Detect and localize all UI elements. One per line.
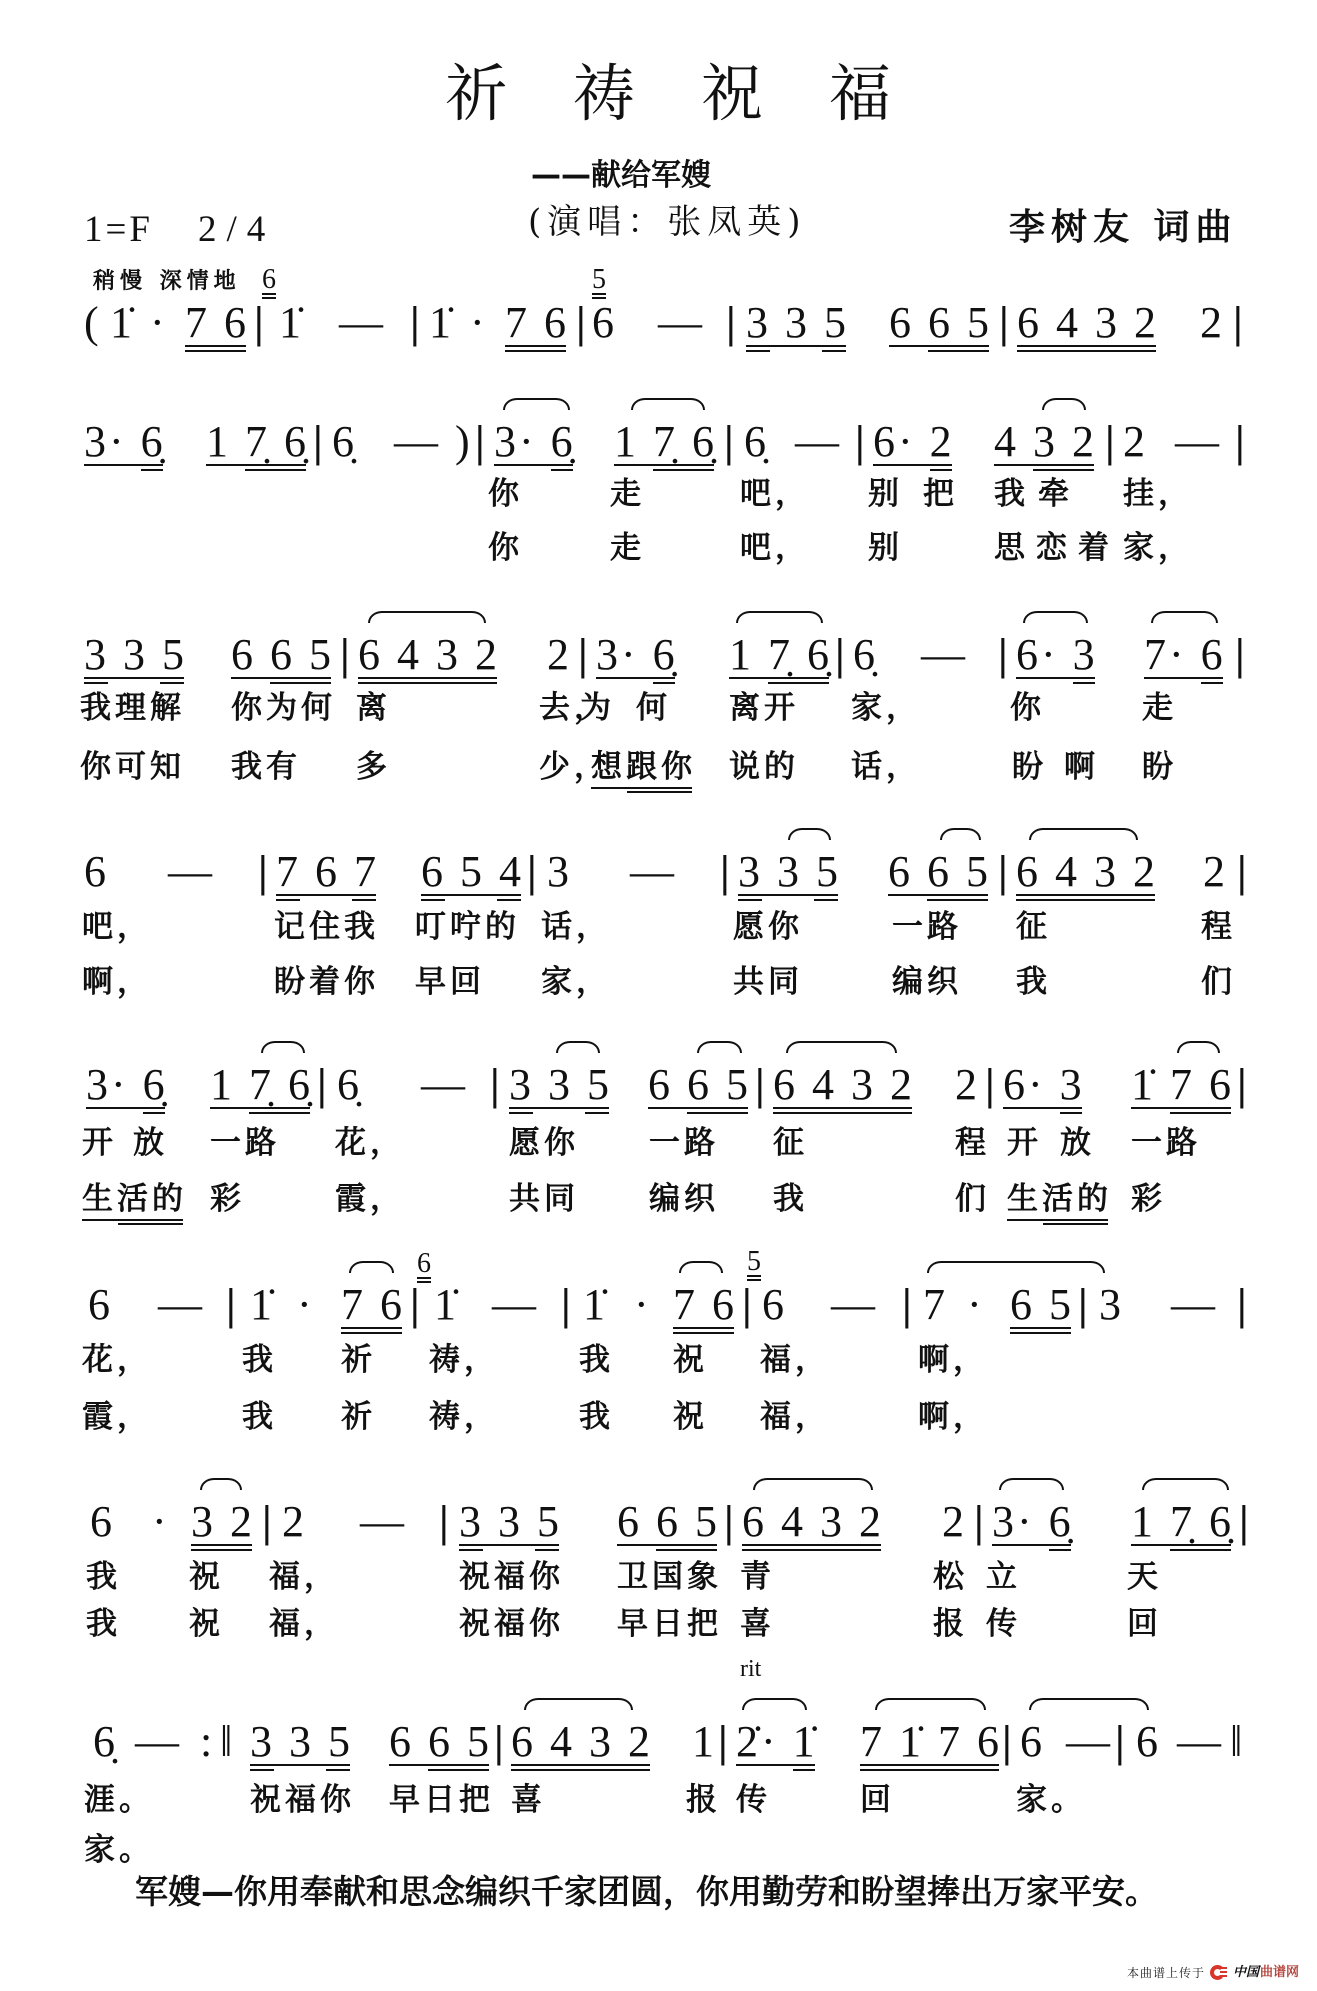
barline: |: [724, 420, 734, 464]
lyric-syllable: 啊，: [918, 1402, 988, 1433]
lyric-syllable: 祝: [673, 1402, 708, 1433]
lyric-syllable: 盼: [1012, 752, 1047, 783]
lyric-syllable: 吧，: [740, 533, 810, 564]
note: 2: [942, 1500, 967, 1544]
lyric-syllable: 我有: [231, 752, 301, 783]
lyric-syllable: 离: [356, 693, 391, 724]
lyric-syllable: 早回: [415, 967, 485, 998]
ritardando-marking: rit: [740, 1657, 761, 1681]
note: 6̣: [337, 1063, 362, 1107]
slur: [940, 828, 981, 840]
barline: |: [742, 1283, 752, 1327]
barline: |: [226, 1283, 236, 1327]
lyric-syllable: 们: [955, 1184, 990, 1215]
lyric-syllable: 编织: [892, 967, 962, 998]
barline: |: [720, 850, 730, 894]
barline: |: [410, 1283, 420, 1327]
score-row: 3· 6̣ 1 7̣ 6̣ | 6̣ — | 3 3 5 6 6 5 | 6 4…: [0, 1063, 1317, 1107]
grace-note: 6: [262, 266, 276, 294]
barline: |: [1239, 1500, 1249, 1544]
barline: |: [1105, 420, 1115, 464]
note-group: 3 3 5: [509, 1063, 612, 1107]
lyric-syllable: 祷，: [429, 1345, 499, 1376]
slur: [368, 611, 486, 623]
lyric-syllable: 为: [580, 693, 615, 724]
lyric-syllable: 花，: [335, 1128, 405, 1159]
score-row: 6 — | 1̇ · 7 6 | 1̇ — | 1̇ · 7 6 | 6 — |…: [0, 1283, 1317, 1327]
site-logo-lines-icon: [1220, 1967, 1227, 1978]
lyric-syllable: 开: [1007, 1128, 1042, 1159]
slur: [1142, 1478, 1229, 1490]
extension-dash: —: [1171, 1283, 1218, 1327]
lyric-syllable: 早日把: [389, 1785, 494, 1816]
extension-dash: —: [339, 301, 386, 345]
note-group: 6 6 5: [888, 850, 991, 894]
lyric-syllable: 祝福你: [250, 1785, 355, 1816]
lyric-syllable: 愿你: [509, 1128, 579, 1159]
note: 6: [592, 301, 617, 345]
note-group: 6· 2: [873, 420, 955, 464]
note: 6: [84, 850, 109, 894]
note-group: 6· 3: [1003, 1063, 1085, 1107]
lyric-syllable: 你: [488, 533, 523, 564]
extension-dash: —: [394, 420, 441, 464]
lyric-syllable: 多: [356, 752, 391, 783]
barline: |: [985, 1063, 995, 1107]
lyric-syllable: 别: [868, 533, 903, 564]
lyric-syllable: 我: [1016, 967, 1051, 998]
watermark-brand-black: 中国: [1233, 1966, 1259, 1980]
barline: |: [974, 1500, 984, 1544]
barline: |: [999, 301, 1009, 345]
barline: |: [1235, 633, 1245, 677]
lyric-syllable: 愿你: [733, 912, 803, 943]
slur: [503, 398, 570, 410]
note: 6: [1136, 1720, 1161, 1764]
barline: |: [340, 633, 350, 677]
lyric-syllable: 盼着你: [274, 967, 379, 998]
slur: [697, 1041, 742, 1053]
lyric-syllable: 放: [133, 1128, 168, 1159]
song-title: 祈祷祝福: [445, 63, 957, 125]
score-row: 6 · 3 2 | 2 — | 3 3 5 6 6 5 | 6 4 3 2 2 …: [0, 1500, 1317, 1544]
barline: |: [1233, 301, 1243, 345]
lyric-syllable: 我: [579, 1402, 614, 1433]
slur: [261, 1041, 305, 1053]
barline: |: [1237, 1283, 1247, 1327]
lyric-syllable: 祷，: [429, 1402, 499, 1433]
note-group: 6 5 4: [421, 850, 524, 894]
note-group: 6 4 3 2: [1016, 850, 1158, 894]
note: 6̣: [853, 633, 878, 677]
lyric-syllable: 家，: [851, 693, 921, 724]
lyric-syllable-melisma: 生活的: [82, 1184, 187, 1215]
extension-dash: —: [135, 1720, 182, 1764]
note-group: 6 6 5: [231, 633, 334, 677]
lyric-syllable: 福，: [269, 1562, 339, 1593]
score-row: 3 3 5 6 6 5 | 6 4 3 2 2 | 3· 6̣ 1 7̣ 6̣ …: [0, 633, 1317, 677]
note-group: 7· 6: [1144, 633, 1226, 677]
lyric-syllable: 青: [740, 1562, 775, 1593]
barline: |: [494, 1720, 504, 1764]
lyric-syllable: 家。: [1016, 1785, 1086, 1816]
lyric-syllable: 把: [923, 479, 958, 510]
final-barline: ‖: [1230, 1720, 1245, 1764]
lyric-syllable: 征: [1016, 912, 1051, 943]
performer-credit: (演唱：张凤英): [528, 205, 807, 239]
barline: |: [1237, 850, 1247, 894]
note-group: 6 4 3 2: [511, 1720, 653, 1764]
barline: |: [726, 301, 736, 345]
augmentation-dot: ·: [150, 301, 168, 345]
note-group: 6· 3: [1016, 633, 1098, 677]
lyric-syllable: 我: [86, 1562, 121, 1593]
lyric-syllable: 说的: [729, 752, 799, 783]
note-group: 3 3 5: [459, 1500, 562, 1544]
extension-dash: —: [630, 850, 677, 894]
note: 1̇: [110, 301, 135, 345]
extension-dash: —: [658, 301, 705, 345]
lyric-syllable: 吧，: [740, 479, 810, 510]
note-group: 1 7̣ 6̣: [206, 420, 309, 464]
note-group: 6 4 3 2: [742, 1500, 884, 1544]
note: 2: [282, 1500, 307, 1544]
lyric-syllable: 记住我: [274, 912, 379, 943]
note-group: 3 3 5: [746, 301, 849, 345]
note: 6: [88, 1283, 113, 1327]
slur: [1042, 398, 1086, 410]
dedication-subtitle: ——献给军嫂: [531, 161, 711, 191]
augmentation-dot: ·: [967, 1283, 985, 1327]
barline: |: [755, 1063, 765, 1107]
lyric-syllable: 我牵: [994, 479, 1082, 510]
extension-dash: —: [492, 1283, 539, 1327]
slur: [1151, 611, 1218, 623]
slur: [524, 1698, 633, 1710]
lyric-syllable: 走: [1142, 693, 1177, 724]
lyric-syllable: 啊，: [918, 1345, 988, 1376]
lyric-syllable: 报: [686, 1785, 721, 1816]
repeat-barline: ‖: [220, 1720, 235, 1764]
lyric-syllable: 共同: [733, 967, 803, 998]
lyric-syllable: 走: [610, 533, 645, 564]
dedication-text: 军嫂—你用奉献和思念编织千家团圆，你用勤劳和盼望捧出万家平安。: [135, 1875, 1158, 1908]
slur: [679, 1261, 723, 1273]
lyric-syllable: 回: [1127, 1609, 1162, 1640]
extension-dash: —: [1175, 420, 1222, 464]
note: 6̣: [744, 420, 769, 464]
slur: [753, 1478, 873, 1490]
note-group: 6 4 3 2: [773, 1063, 915, 1107]
augmentation-dot: ·: [297, 1283, 315, 1327]
barline: |: [902, 1283, 912, 1327]
extension-dash: —: [921, 633, 968, 677]
lyric-syllable: 我: [773, 1184, 808, 1215]
note: 1̇: [279, 301, 304, 345]
barline: |: [998, 850, 1008, 894]
note-group: 3· 6̣: [596, 633, 678, 677]
lyric-syllable: 我理解: [80, 693, 185, 724]
note-group: 2̇· 1̇: [736, 1720, 818, 1764]
watermark-brand-red: 曲谱网: [1260, 1966, 1299, 1980]
lyric-syllable: 你可知: [80, 752, 185, 783]
barline: |: [718, 1720, 728, 1764]
key-signature: 1=F: [84, 211, 153, 248]
barline: |: [262, 1500, 272, 1544]
note-group: 6 6 5: [389, 1720, 492, 1764]
lyric-syllable: 啊: [1064, 752, 1099, 783]
barline: |: [835, 633, 845, 677]
lyric-syllable: 卫国象: [617, 1562, 722, 1593]
lyric-syllable: 立: [986, 1562, 1021, 1593]
lyric-syllable: 一路: [210, 1128, 280, 1159]
note: 6̣: [93, 1720, 118, 1764]
lyric-syllable: 福，: [760, 1402, 830, 1433]
slur: [736, 611, 823, 623]
lyric-syllable-melisma: 生活的: [1007, 1184, 1112, 1215]
lyric-syllable: 吧，: [82, 912, 152, 943]
lyric-syllable: 彩: [1131, 1184, 1166, 1215]
lyric-syllable: 话，: [541, 912, 611, 943]
extension-dash: —: [1066, 1720, 1113, 1764]
barline: |: [258, 850, 268, 894]
note-group: 6 4 3 2: [1017, 301, 1159, 345]
note: 1̇: [434, 1283, 459, 1327]
barline: |: [998, 633, 1008, 677]
note-group: 7 6: [185, 301, 249, 345]
barline: |: [561, 1283, 571, 1327]
lyric-syllable: 开: [82, 1128, 117, 1159]
note-group: 6 5: [1010, 1283, 1074, 1327]
augmentation-dot: ·: [634, 1283, 652, 1327]
lyric-syllable-melisma: 想跟你: [591, 752, 696, 783]
note: 6: [762, 1283, 787, 1327]
note: 2: [1200, 301, 1225, 345]
barline: |: [855, 420, 865, 464]
lyric-syllable: 程: [955, 1128, 990, 1159]
note-group: 7 6 7: [276, 850, 379, 894]
note: 2: [547, 633, 572, 677]
note-group: 7 1̇ 7 6: [860, 1720, 1002, 1764]
barline: |: [724, 1500, 734, 1544]
time-signature: 2/4: [198, 211, 275, 248]
lyric-syllable: 一路: [649, 1128, 719, 1159]
note-group: 1 7̣ 6̣: [210, 1063, 313, 1107]
lyric-syllable: 祝: [673, 1345, 708, 1376]
lyric-syllable: 征: [773, 1128, 808, 1159]
note-group: 3 3 5: [738, 850, 841, 894]
parenthesis-open: (: [84, 301, 102, 345]
augmentation-dot: ·: [470, 301, 488, 345]
barline: |: [527, 850, 537, 894]
augmentation-dot: ·: [152, 1500, 170, 1544]
slur: [927, 1261, 1105, 1273]
extension-dash: —: [158, 1283, 205, 1327]
lyric-syllable: 祝: [189, 1609, 224, 1640]
note: 1̇: [250, 1283, 275, 1327]
note-group: 7 6: [341, 1283, 405, 1327]
note-group: 3 3 5: [84, 633, 187, 677]
lyric-syllable: 报: [933, 1609, 968, 1640]
note-group: 7 6: [673, 1283, 737, 1327]
note: 3: [1099, 1283, 1124, 1327]
lyric-syllable: 喜: [511, 1785, 546, 1816]
note-group: 6 6 5: [617, 1500, 720, 1544]
note-group: 7 6: [505, 301, 569, 345]
lyric-syllable: 家。: [84, 1835, 154, 1866]
slur: [788, 828, 831, 840]
extension-dash: —: [795, 420, 842, 464]
lyric-syllable: 何: [636, 693, 671, 724]
barline: |: [439, 1500, 449, 1544]
slur: [1177, 1041, 1220, 1053]
slur: [875, 1698, 986, 1710]
lyric-syllable: 走: [610, 479, 645, 510]
barline: |: [313, 420, 323, 464]
note-group: 3 2: [191, 1500, 255, 1544]
lyric-syllable: 我: [579, 1345, 614, 1376]
lyric-syllable: 叮咛的: [415, 912, 520, 943]
lyric-syllable: 挂，: [1123, 479, 1193, 510]
extension-dash: —: [1177, 1720, 1224, 1764]
slur: [1029, 828, 1138, 840]
slur: [349, 1261, 394, 1273]
grace-note: 5: [747, 1248, 761, 1276]
lyric-syllable: 祈: [341, 1402, 376, 1433]
note-group: 3· 6̣: [84, 420, 166, 464]
note: 2: [1123, 420, 1148, 464]
lyric-syllable: 你: [1010, 693, 1045, 724]
score-row: 6 — | 7 6 7 6 5 4 | 3 — | 3 3 5 6 6 5 | …: [0, 850, 1317, 894]
lyric-syllable: 祝福你: [459, 1609, 564, 1640]
lyric-syllable: 盼: [1142, 752, 1177, 783]
lyric-syllable: 程: [1201, 912, 1236, 943]
note-group: 1 7̣ 6̣: [1131, 1500, 1234, 1544]
lyric-syllable: 花，: [82, 1345, 152, 1376]
lyric-syllable: 我: [86, 1609, 121, 1640]
note: 2: [955, 1063, 980, 1107]
lyric-syllable: 早日把: [617, 1609, 722, 1640]
barline: |: [410, 301, 420, 345]
slur: [200, 1478, 242, 1490]
slur: [631, 398, 705, 410]
note-group: 6 6 5: [889, 301, 992, 345]
note-group: 6 6 5: [648, 1063, 751, 1107]
barline: |: [254, 301, 264, 345]
score-row: ( 1̇ · 7 6 | 1̇ — | 1̇ · 7 6 | 6 — | 3 3…: [0, 301, 1317, 345]
extension-dash: —: [421, 1063, 468, 1107]
barline: |: [317, 1063, 327, 1107]
note-group: 3· 6̣: [494, 420, 576, 464]
note-group: 4 3 2: [994, 420, 1097, 464]
lyric-syllable: 编织: [649, 1184, 719, 1215]
score-row: 6̣ — : ‖ 3 3 5 6 6 5 | 6 4 3 2 1 | 2̇· 1…: [0, 1720, 1317, 1764]
lyric-syllable: 别: [868, 479, 903, 510]
extension-dash: —: [168, 850, 215, 894]
barline: |: [1235, 420, 1245, 464]
lyric-syllable: 家，: [541, 967, 611, 998]
tempo-marking: 稍慢 深情地: [93, 271, 241, 293]
note: 7: [923, 1283, 948, 1327]
lyric-syllable: 霞，: [82, 1402, 152, 1433]
barline: |: [1002, 1720, 1012, 1764]
barline: |: [475, 420, 485, 464]
lyric-syllable: 祝福你: [459, 1562, 564, 1593]
lyric-syllable: 我: [242, 1402, 277, 1433]
lyric-syllable: 福，: [269, 1609, 339, 1640]
parenthesis-close: ): [455, 420, 473, 464]
note: 3: [547, 850, 572, 894]
lyric-syllable: 思恋着: [994, 533, 1120, 564]
lyric-syllable: 话，: [851, 752, 921, 783]
lyric-syllable: 喜: [740, 1609, 775, 1640]
lyric-syllable: 家，: [1123, 533, 1193, 564]
lyric-syllable: 我: [242, 1345, 277, 1376]
barline: |: [576, 301, 586, 345]
lyric-syllable: 一路: [1131, 1128, 1201, 1159]
lyric-syllable: 松: [933, 1562, 968, 1593]
lyric-syllable: 回: [860, 1785, 895, 1816]
note: 6: [90, 1500, 115, 1544]
lyric-syllable: 离开: [729, 693, 799, 724]
note: 1̇: [429, 301, 454, 345]
lyric-syllable: 霞，: [335, 1184, 405, 1215]
note: 2: [1203, 850, 1228, 894]
barline: |: [490, 1063, 500, 1107]
lyric-syllable: 传: [736, 1785, 771, 1816]
slur: [556, 1041, 600, 1053]
note-group: 6 4 3 2: [358, 633, 500, 677]
barline: |: [1078, 1283, 1088, 1327]
lyric-syllable: 祝: [189, 1562, 224, 1593]
lyric-syllable: 一路: [892, 912, 962, 943]
note-group: 1̇ 7 6: [1131, 1063, 1234, 1107]
slur: [742, 1698, 807, 1710]
lyric-syllable: 涯。: [84, 1785, 154, 1816]
note: 6̣: [332, 420, 357, 464]
lyric-syllable: 彩: [210, 1184, 245, 1215]
extension-dash: —: [360, 1500, 407, 1544]
barline: |: [1237, 1063, 1247, 1107]
note-group: 3· 6̣: [992, 1500, 1074, 1544]
note-group: 1 7̣ 6̣: [614, 420, 717, 464]
barline: |: [578, 633, 588, 677]
lyric-syllable: 们: [1201, 967, 1236, 998]
repeat-dots: :: [200, 1720, 215, 1764]
lyric-syllable: 共同: [509, 1184, 579, 1215]
slur: [999, 1478, 1064, 1490]
slur: [1029, 1698, 1149, 1710]
lyric-syllable: 你为何: [231, 693, 336, 724]
lyric-syllable: 传: [986, 1609, 1021, 1640]
extension-dash: —: [831, 1283, 878, 1327]
grace-note: 6: [417, 1250, 431, 1278]
lyric-syllable: 天: [1127, 1562, 1162, 1593]
lyric-syllable: 你: [488, 479, 523, 510]
note: 6: [1020, 1720, 1045, 1764]
slur: [786, 1041, 897, 1053]
lyric-syllable: 啊，: [82, 967, 152, 998]
note-group: 1 7̣ 6̣: [729, 633, 832, 677]
grace-note: 5: [592, 266, 606, 294]
note: 1̇: [583, 1283, 608, 1327]
slur: [1023, 611, 1088, 623]
composer-credit: 李树友 词曲: [1009, 209, 1238, 245]
score-row: 3· 6̣ 1 7̣ 6̣ | 6̣ — ) | 3· 6̣ 1 7̣ 6̣ |…: [0, 420, 1317, 464]
note-group: 3 3 5: [250, 1720, 353, 1764]
note-group: 3· 6̣: [86, 1063, 168, 1107]
lyric-syllable: 福，: [760, 1345, 830, 1376]
